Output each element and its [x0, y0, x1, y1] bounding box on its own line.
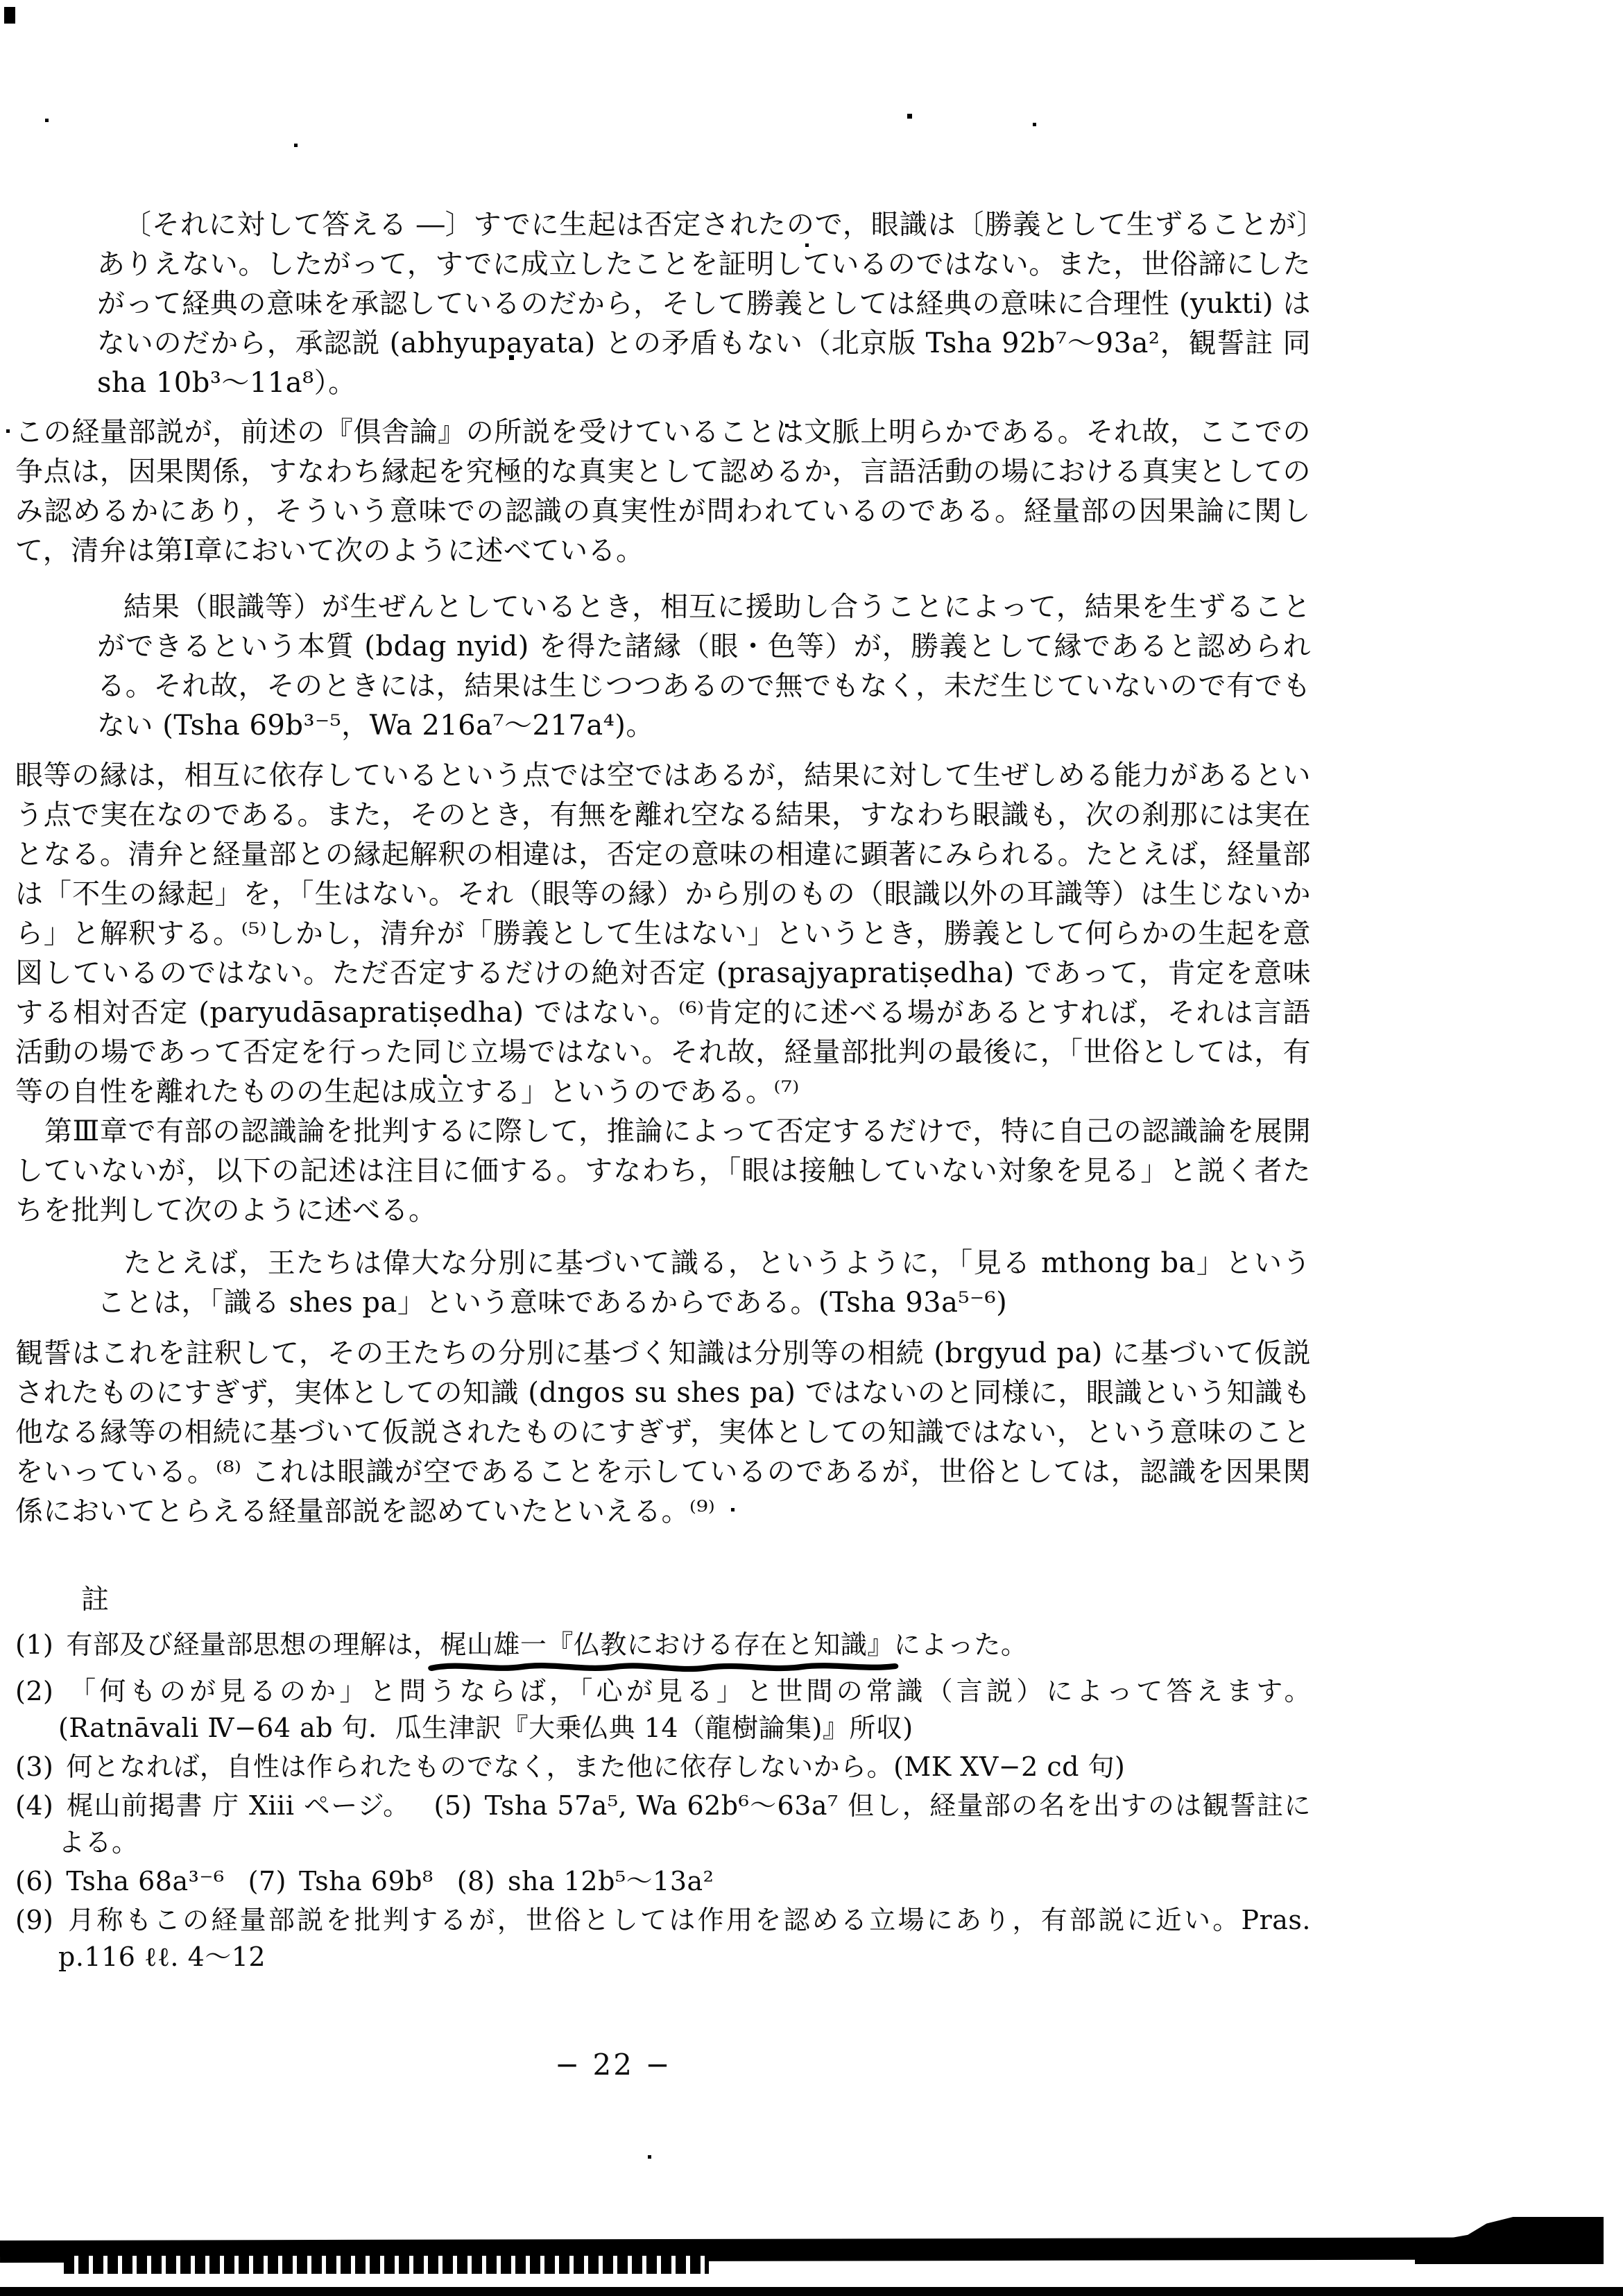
note-text: Tsha 68a³⁻⁶ — [66, 1866, 224, 1896]
notes-section: 註 (1)有部及び経量部思想の理解は，梶山雄一『仏教における存在と知識』によった… — [15, 1580, 1311, 1976]
note-number: (7) — [248, 1866, 286, 1896]
paragraph-2: 眼等の縁は，相互に依存しているという点では空ではあるが，結果に対して生ぜしめる能… — [15, 756, 1311, 1112]
note-row-6-7-8: (6)Tsha 68a³⁻⁶(7)Tsha 69b⁸(8)sha 12b⁵〜13… — [15, 1863, 1311, 1900]
note-text: 何となれば，自性は作られたものでなく，また他に依存しないから。(MK XV−2 … — [66, 1751, 1125, 1782]
scan-artifact-dashes — [64, 2256, 709, 2274]
wavy-underline — [430, 1659, 897, 1674]
block-quote-3: たとえば，王たちは偉大な分別に基づいて識る，というように，「見る mthong … — [97, 1244, 1311, 1323]
note-text-post: によった。 — [894, 1629, 1028, 1660]
note-underlined-text: 梶山雄一『仏教における存在と知識』 — [440, 1629, 894, 1660]
scanned-document-page: 〔それに対して答える ―〕すでに生起は否定されたので，眼識は〔勝義として生ずるこ… — [0, 0, 1623, 2296]
paragraph-4: 観誓はこれを註釈して，その王たちの分別に基づく知識は分別等の相続 (brgyud… — [15, 1334, 1311, 1532]
note-number: (9) — [15, 1905, 53, 1935]
note-number: (8) — [457, 1866, 495, 1896]
paragraph-3: 第Ⅲ章で有部の認識論を批判するに際して，推論によって否定するだけで，特に自己の認… — [15, 1112, 1311, 1231]
scan-artifact-corner-blob — [1415, 2217, 1604, 2264]
note-text: Tsha 69b⁸ — [299, 1866, 433, 1896]
scan-noise-dots — [0, 0, 2, 2]
note-underlined-book-title: 梶山雄一『仏教における存在と知識』 — [440, 1627, 894, 1663]
scan-corner-mark — [4, 7, 15, 24]
note-number: (5) — [433, 1790, 472, 1821]
note-number: (6) — [15, 1866, 53, 1896]
note-row-1: (1)有部及び経量部思想の理解は，梶山雄一『仏教における存在と知識』によった。 — [15, 1627, 1311, 1663]
note-number: (2) — [15, 1676, 53, 1706]
note-number: (4) — [15, 1790, 53, 1821]
scan-artifact-bottom-bar — [0, 2287, 1623, 2296]
note-text: 「何ものが見るのか」と問うならば，「心が見る」と世間の常識（言説）によって答えま… — [58, 1676, 1311, 1743]
note-row-9: (9)月称もこの経量部説を批判するが，世俗としては作用を認める立場にあり，有部説… — [15, 1902, 1311, 1976]
note-number: (1) — [15, 1629, 53, 1660]
block-quote-1: 〔それに対して答える ―〕すでに生起は否定されたので，眼識は〔勝義として生ずるこ… — [97, 205, 1311, 403]
note-row-4-5: (4)梶山前掲書 庁 Xiii ページ。(5)Tsha 57a⁵, Wa 62b… — [15, 1788, 1311, 1861]
note-text: 月称もこの経量部説を批判するが，世俗としては作用を認める立場にあり，有部説に近い… — [58, 1905, 1311, 1972]
note-row-2: (2)「何ものが見るのか」と問うならば，「心が見る」と世間の常識（言説）によって… — [15, 1673, 1311, 1747]
note-row-3: (3)何となれば，自性は作られたものでなく，また他に依存しないから。(MK XV… — [15, 1749, 1311, 1785]
note-number: (3) — [15, 1751, 53, 1782]
notes-list: (1)有部及び経量部思想の理解は，梶山雄一『仏教における存在と知識』によった。 … — [15, 1627, 1311, 1976]
paragraph-1: この経量部説が，前述の『倶舎論』の所説を受けていることは文脈上明らかである。それ… — [15, 413, 1311, 571]
main-text-column: 〔それに対して答える ―〕すでに生起は否定されたので，眼識は〔勝義として生ずるこ… — [15, 205, 1311, 1978]
note-text-pre: 有部及び経量部思想の理解は， — [66, 1629, 440, 1660]
notes-heading: 註 — [81, 1580, 1311, 1620]
page-number: − 22 − — [555, 2048, 672, 2082]
note-text: 梶山前掲書 庁 Xiii ページ。 — [66, 1790, 410, 1821]
block-quote-2: 結果（眼識等）が生ぜんとしているとき，相互に援助し合うことによって，結果を生ずる… — [97, 588, 1311, 746]
note-text: sha 12b⁵〜13a² — [508, 1866, 714, 1896]
